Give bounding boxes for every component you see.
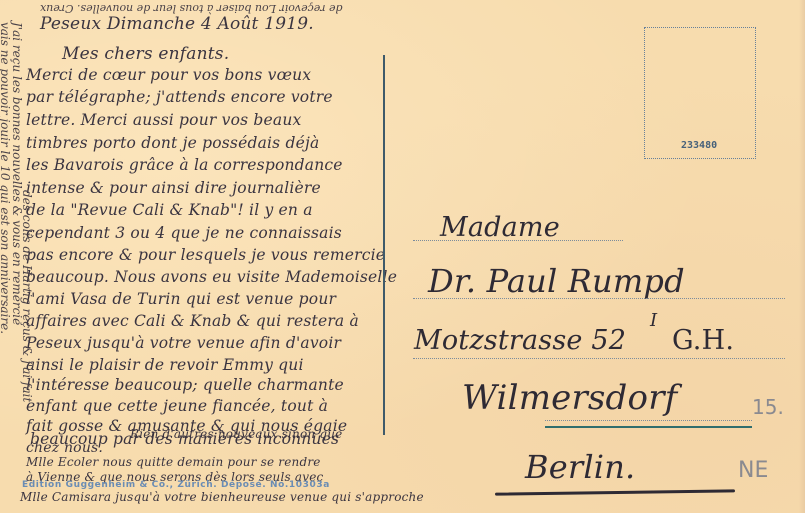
address-line-street: Motzstrasse 52 bbox=[414, 325, 626, 356]
address-dotted-line bbox=[545, 420, 752, 421]
message-line: Merci de cœur pour vos bons vœux bbox=[26, 66, 311, 84]
address-solid-line bbox=[545, 426, 752, 428]
address-dotted-line bbox=[413, 298, 785, 299]
message-line: lettre. Merci aussi pour vos beaux bbox=[26, 111, 301, 129]
message-line: beaucoup. Nous avons eu visite Mademoise… bbox=[26, 268, 397, 286]
message-line: de la "Revue Cali & Knab"! il y en a bbox=[26, 201, 313, 219]
message-line: l'intéresse beaucoup; quelle charmante bbox=[26, 376, 344, 394]
address-line-district: Wilmersdorf bbox=[462, 378, 677, 418]
address-line-title: Madame bbox=[440, 212, 560, 243]
message-line: par télégraphe; j'attends encore votre bbox=[26, 88, 333, 106]
address-floor: I bbox=[650, 310, 657, 331]
address-line-name: Dr. Paul Rumpd bbox=[428, 262, 685, 300]
message-line: timbres porto dont je possédais déjà bbox=[26, 134, 319, 152]
publisher-imprint: Edition Guggenheim & Co., Zürich. Déposé… bbox=[22, 480, 330, 490]
city-underline bbox=[495, 489, 735, 495]
message-line: ainsi le plaisir de revoir Emmy qui bbox=[26, 356, 304, 374]
inserted-line: Rien d'autres nouveaux sinon que bbox=[130, 427, 342, 441]
letter-greeting: Mes chers enfants. bbox=[62, 44, 229, 64]
message-line: affaires avec Cali & Knab & qui restera … bbox=[26, 312, 359, 330]
postcard: de reçevoir Lou baiser à tous leur de no… bbox=[0, 0, 805, 513]
left-margin-note: des colis de Hartig reçus & j'ai fait bbox=[20, 190, 34, 402]
address-dotted-line bbox=[413, 358, 785, 359]
pencil-district-number: 15. bbox=[752, 395, 784, 419]
letter-heading: Peseux Dimanche 4 Août 1919. bbox=[40, 14, 314, 34]
left-margin-note: vais ne pouvoir jouir le 10 qui est son … bbox=[0, 22, 12, 334]
address-line-city: Berlin. bbox=[525, 448, 635, 486]
stamp-serial-number: 233480 bbox=[681, 140, 717, 151]
message-line: Mlle Ecoler nous quitte demain pour se r… bbox=[26, 455, 321, 469]
message-line: Mlle Camisara jusqu'à votre bienheureuse… bbox=[20, 490, 424, 504]
message-line: intense & pour ainsi dire journalière bbox=[26, 179, 321, 197]
message-line: pas encore & pour lesquels je vous remer… bbox=[26, 246, 385, 264]
message-line: cependant 3 ou 4 que je ne connaissais bbox=[26, 224, 342, 242]
pencil-district-code: NE bbox=[738, 458, 768, 483]
message-line: les Bavarois grâce à la correspondance bbox=[26, 156, 343, 174]
message-line: chez nous. bbox=[26, 440, 103, 456]
address-street-suffix: G.H. bbox=[672, 325, 734, 356]
address-dotted-line bbox=[413, 240, 623, 241]
message-line: l'ami Vasa de Turin qui est venue pour bbox=[26, 290, 336, 308]
message-line: enfant que cette jeune fiancée, tout à bbox=[26, 397, 328, 415]
message-address-divider bbox=[383, 55, 385, 435]
message-line: Peseux jusqu'à votre venue afin d'avoir bbox=[26, 334, 341, 352]
